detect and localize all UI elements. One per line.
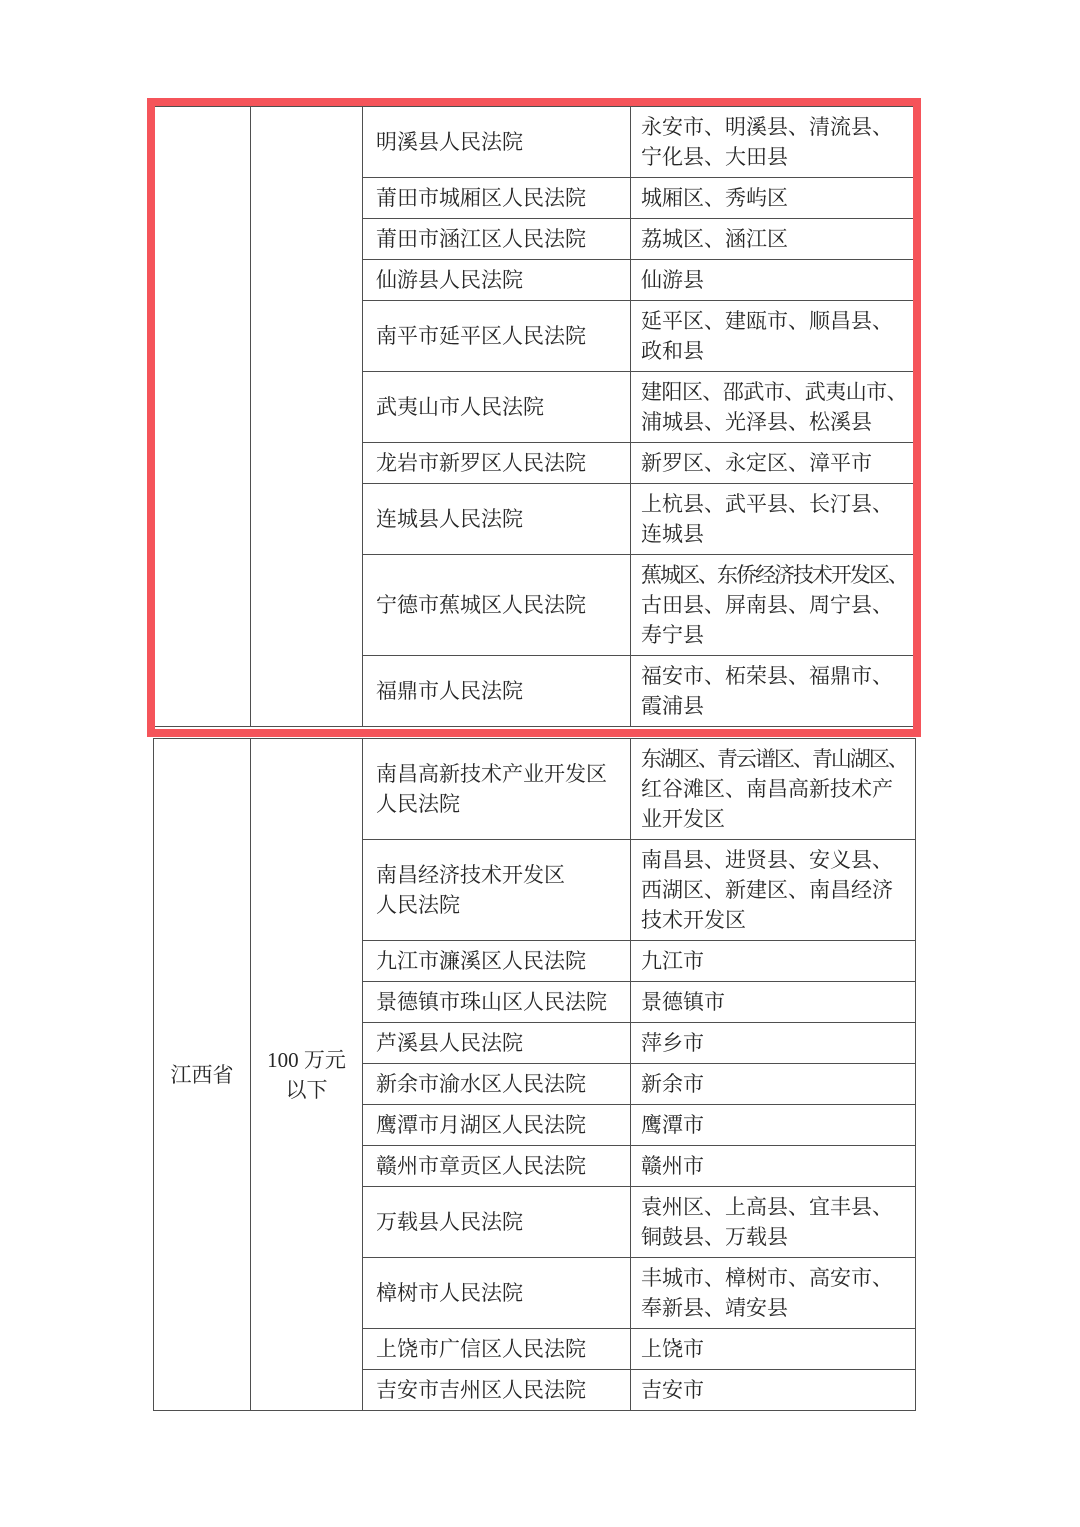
jiangxi-section-wrap: 江西省100 万元以下南昌高新技术产业开发区人民法院东湖区、青云谱区、青山湖区、… (153, 738, 915, 1411)
text-line: 九江市濂溪区人民法院 (376, 946, 624, 976)
text-line: 铜鼓县、万载县 (641, 1222, 911, 1252)
court-name-cell: 樟树市人民法院 (363, 1258, 631, 1329)
text-line: 南昌经济技术开发区 (376, 860, 624, 890)
text-line: 景德镇市 (641, 987, 911, 1017)
text-line: 东湖区、青云谱区、青山湖区、 (641, 744, 911, 774)
text-line: 人民法院 (376, 789, 624, 819)
text-line: 霞浦县 (641, 691, 911, 721)
text-line: 永安市、明溪县、清流县、 (641, 112, 911, 142)
text-line: 吉安市 (641, 1375, 911, 1405)
text-line: 宁化县、大田县 (641, 142, 911, 172)
text-line: 福安市、柘荣县、福鼎市、 (641, 661, 911, 691)
section-2-rows: 江西省100 万元以下南昌高新技术产业开发区人民法院东湖区、青云谱区、青山湖区、… (154, 739, 916, 1411)
jurisdiction-cell: 荔城区、涵江区 (631, 219, 916, 260)
text-line: 武夷山市人民法院 (376, 392, 624, 422)
text-line: 仙游县 (641, 265, 911, 295)
jurisdiction-cell: 东湖区、青云谱区、青山湖区、红谷滩区、南昌高新技术产业开发区 (631, 739, 916, 840)
text-line: 萍乡市 (641, 1028, 911, 1058)
text-line: 上饶市广信区人民法院 (376, 1334, 624, 1364)
jurisdiction-cell: 蕉城区、东侨经济技术开发区、古田县、屏南县、周宁县、寿宁县 (631, 555, 916, 656)
jurisdiction-cell: 福安市、柘荣县、福鼎市、霞浦县 (631, 656, 916, 727)
text-line: 西湖区、新建区、南昌经济 (641, 875, 911, 905)
court-name-cell: 福鼎市人民法院 (363, 656, 631, 727)
text-line: 城厢区、秀屿区 (641, 183, 911, 213)
text-line: 新罗区、永定区、漳平市 (641, 448, 911, 478)
section-1-rows: 明溪县人民法院永安市、明溪县、清流县、宁化县、大田县莆田市城厢区人民法院城厢区、… (154, 107, 916, 727)
amount-range-cell (251, 107, 363, 727)
text-line: 赣州市 (641, 1151, 911, 1181)
text-line: 寿宁县 (641, 620, 911, 650)
jurisdiction-cell: 吉安市 (631, 1370, 916, 1411)
text-line: 南平市延平区人民法院 (376, 321, 624, 351)
highlighted-section-wrap: 明溪县人民法院永安市、明溪县、清流县、宁化县、大田县莆田市城厢区人民法院城厢区、… (153, 106, 915, 727)
court-name-cell: 景德镇市珠山区人民法院 (363, 982, 631, 1023)
text-line: 南昌县、进贤县、安义县、 (641, 845, 911, 875)
jurisdiction-cell: 丰城市、樟树市、高安市、奉新县、靖安县 (631, 1258, 916, 1329)
text-line: 九江市 (641, 946, 911, 976)
court-name-cell: 南昌经济技术开发区人民法院 (363, 840, 631, 941)
text-line: 莆田市城厢区人民法院 (376, 183, 624, 213)
text-line: 丰城市、樟树市、高安市、 (641, 1263, 911, 1293)
jurisdiction-cell: 新余市 (631, 1064, 916, 1105)
text-line: 宁德市蕉城区人民法院 (376, 590, 624, 620)
jurisdiction-table-area: 明溪县人民法院永安市、明溪县、清流县、宁化县、大田县莆田市城厢区人民法院城厢区、… (153, 106, 915, 1411)
text-line: 奉新县、靖安县 (641, 1293, 911, 1323)
text-line: 南昌高新技术产业开发区 (376, 759, 624, 789)
text-line: 上饶市 (641, 1334, 911, 1364)
text-line: 明溪县人民法院 (376, 127, 624, 157)
document-page: 明溪县人民法院永安市、明溪县、清流县、宁化县、大田县莆田市城厢区人民法院城厢区、… (0, 0, 1080, 1527)
text-line: 连城县 (641, 519, 911, 549)
court-name-cell: 鹰潭市月湖区人民法院 (363, 1105, 631, 1146)
court-name-cell: 莆田市城厢区人民法院 (363, 178, 631, 219)
text-line: 樟树市人民法院 (376, 1278, 624, 1308)
court-table-section-1: 明溪县人民法院永安市、明溪县、清流县、宁化县、大田县莆田市城厢区人民法院城厢区、… (153, 106, 916, 727)
text-line: 龙岩市新罗区人民法院 (376, 448, 624, 478)
text-line: 袁州区、上高县、宜丰县、 (641, 1192, 911, 1222)
province-cell: 江西省 (154, 739, 251, 1411)
text-line: 仙游县人民法院 (376, 265, 624, 295)
court-name-cell: 武夷山市人民法院 (363, 372, 631, 443)
text-line: 万载县人民法院 (376, 1207, 624, 1237)
table-row: 江西省100 万元以下南昌高新技术产业开发区人民法院东湖区、青云谱区、青山湖区、… (154, 739, 916, 840)
text-line: 赣州市章贡区人民法院 (376, 1151, 624, 1181)
court-table-section-2: 江西省100 万元以下南昌高新技术产业开发区人民法院东湖区、青云谱区、青山湖区、… (153, 738, 916, 1411)
text-line: 新余市渝水区人民法院 (376, 1069, 624, 1099)
jurisdiction-cell: 袁州区、上高县、宜丰县、铜鼓县、万载县 (631, 1187, 916, 1258)
court-name-cell: 南昌高新技术产业开发区人民法院 (363, 739, 631, 840)
court-name-cell: 芦溪县人民法院 (363, 1023, 631, 1064)
text-line: 延平区、建瓯市、顺昌县、 (641, 306, 911, 336)
court-name-cell: 南平市延平区人民法院 (363, 301, 631, 372)
text-line: 100 万元 (253, 1045, 360, 1075)
jurisdiction-cell: 鹰潭市 (631, 1105, 916, 1146)
court-name-cell: 仙游县人民法院 (363, 260, 631, 301)
court-name-cell: 明溪县人民法院 (363, 107, 631, 178)
court-name-cell: 宁德市蕉城区人民法院 (363, 555, 631, 656)
jurisdiction-cell: 赣州市 (631, 1146, 916, 1187)
jurisdiction-cell: 萍乡市 (631, 1023, 916, 1064)
text-line: 浦城县、光泽县、松溪县 (641, 407, 911, 437)
text-line: 建阳区、邵武市、武夷山市、 (641, 377, 911, 407)
jurisdiction-cell: 南昌县、进贤县、安义县、西湖区、新建区、南昌经济技术开发区 (631, 840, 916, 941)
text-line: 连城县人民法院 (376, 504, 624, 534)
court-name-cell: 龙岩市新罗区人民法院 (363, 443, 631, 484)
jurisdiction-cell: 建阳区、邵武市、武夷山市、浦城县、光泽县、松溪县 (631, 372, 916, 443)
court-name-cell: 莆田市涵江区人民法院 (363, 219, 631, 260)
text-line: 莆田市涵江区人民法院 (376, 224, 624, 254)
text-line: 以下 (253, 1075, 360, 1105)
text-line: 荔城区、涵江区 (641, 224, 911, 254)
jurisdiction-cell: 仙游县 (631, 260, 916, 301)
text-line: 鹰潭市月湖区人民法院 (376, 1110, 624, 1140)
text-line: 福鼎市人民法院 (376, 676, 624, 706)
text-line: 人民法院 (376, 890, 624, 920)
jurisdiction-cell: 城厢区、秀屿区 (631, 178, 916, 219)
text-line: 业开发区 (641, 804, 911, 834)
court-name-cell: 吉安市吉州区人民法院 (363, 1370, 631, 1411)
jurisdiction-cell: 永安市、明溪县、清流县、宁化县、大田县 (631, 107, 916, 178)
jurisdiction-cell: 新罗区、永定区、漳平市 (631, 443, 916, 484)
text-line: 技术开发区 (641, 905, 911, 935)
jurisdiction-cell: 上杭县、武平县、长汀县、连城县 (631, 484, 916, 555)
amount-range-cell: 100 万元以下 (251, 739, 363, 1411)
court-name-cell: 连城县人民法院 (363, 484, 631, 555)
jurisdiction-cell: 景德镇市 (631, 982, 916, 1023)
text-line: 芦溪县人民法院 (376, 1028, 624, 1058)
court-name-cell: 九江市濂溪区人民法院 (363, 941, 631, 982)
text-line: 政和县 (641, 336, 911, 366)
text-line: 蕉城区、东侨经济技术开发区、 (641, 560, 911, 590)
court-name-cell: 上饶市广信区人民法院 (363, 1329, 631, 1370)
text-line: 上杭县、武平县、长汀县、 (641, 489, 911, 519)
text-line: 江西省 (156, 1060, 248, 1090)
text-line: 景德镇市珠山区人民法院 (376, 987, 624, 1017)
text-line: 新余市 (641, 1069, 911, 1099)
text-line: 古田县、屏南县、周宁县、 (641, 590, 911, 620)
jurisdiction-cell: 延平区、建瓯市、顺昌县、政和县 (631, 301, 916, 372)
court-name-cell: 万载县人民法院 (363, 1187, 631, 1258)
text-line: 吉安市吉州区人民法院 (376, 1375, 624, 1405)
table-row: 明溪县人民法院永安市、明溪县、清流县、宁化县、大田县 (154, 107, 916, 178)
jurisdiction-cell: 九江市 (631, 941, 916, 982)
province-cell (154, 107, 251, 727)
court-name-cell: 赣州市章贡区人民法院 (363, 1146, 631, 1187)
text-line: 红谷滩区、南昌高新技术产 (641, 774, 911, 804)
jurisdiction-cell: 上饶市 (631, 1329, 916, 1370)
text-line: 鹰潭市 (641, 1110, 911, 1140)
court-name-cell: 新余市渝水区人民法院 (363, 1064, 631, 1105)
